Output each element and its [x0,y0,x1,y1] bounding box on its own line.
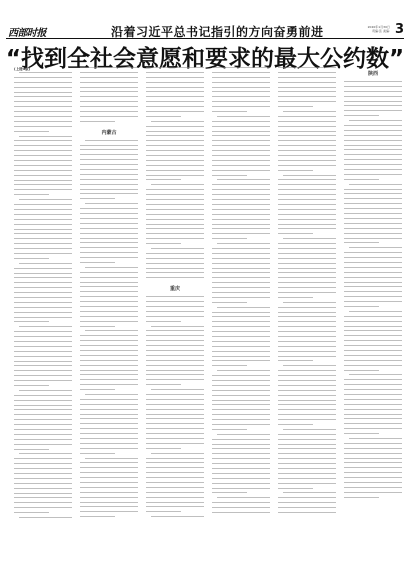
text-line [278,395,336,396]
column-3: 重庆 [146,67,204,537]
text-line [349,120,402,121]
text-line [212,409,270,410]
text-line [278,356,336,357]
text-line [344,409,402,410]
page-number: 3 [395,22,404,37]
text-line [344,428,402,429]
text-line [146,433,204,434]
text-line [278,478,336,479]
text-line [344,218,402,219]
text-line [278,228,336,229]
text-line [217,497,270,498]
text-line [283,302,336,303]
text-line [80,96,138,97]
text-line [80,159,138,160]
text-line [212,106,270,107]
text-line [85,267,138,268]
text-line [14,405,72,406]
text-line [349,374,402,375]
text-line [146,482,204,483]
text-line [14,488,72,489]
text-line [14,282,72,283]
text-line [146,179,181,180]
text-line [14,87,72,88]
text-line [344,379,402,380]
region-subhead: 重庆 [146,282,204,296]
text-line [14,424,72,425]
text-line [80,121,115,122]
text-line [212,126,270,127]
text-line [80,111,138,112]
text-line [344,164,402,165]
text-line [278,404,336,405]
text-line [344,340,402,341]
text-line [80,502,138,503]
text-line [146,101,204,102]
text-line [278,96,336,97]
dateline-editors: 责编:张 美编: [350,29,390,33]
text-line [283,238,336,239]
text-line [212,419,270,420]
text-line [212,385,270,386]
text-line [212,131,270,132]
text-line [14,126,72,127]
text-line [283,429,336,430]
text-line [14,375,72,376]
text-line [14,268,72,269]
text-line [80,511,138,512]
text-line [278,91,336,92]
text-line [344,350,402,351]
text-line [278,243,336,244]
text-line [278,512,336,513]
text-line [278,385,336,386]
text-line [146,135,204,136]
text-line [344,330,402,331]
text-line [146,91,204,92]
text-line [212,277,270,278]
text-line [14,116,72,117]
text-line [344,462,402,463]
text-line [146,428,204,429]
text-line [80,321,138,322]
text-line [212,395,270,396]
text-line [344,130,402,131]
text-line [212,478,270,479]
text-line [212,145,270,146]
text-line [278,448,336,449]
text-line [344,316,402,317]
text-line [14,336,72,337]
text-line [14,287,72,288]
text-line [19,453,72,454]
text-line [146,126,204,127]
text-line [19,326,72,327]
text-line [212,228,270,229]
text-line [146,258,204,259]
text-line [212,360,270,361]
text-line [14,229,72,230]
text-line [278,194,336,195]
text-line [80,365,138,366]
text-line [344,203,402,204]
text-line [344,198,402,199]
text-line [283,492,336,493]
text-line [278,209,336,210]
text-line [14,463,72,464]
text-line [278,263,336,264]
text-line [212,439,270,440]
text-line [146,409,204,410]
text-line [278,439,336,440]
text-line [19,199,72,200]
text-line [212,444,270,445]
text-line [212,346,270,347]
text-line [212,272,270,273]
text-line [212,341,270,342]
text-line [212,150,270,151]
column-5 [278,67,336,537]
text-line [278,268,336,269]
text-line [344,472,402,473]
text-line [146,96,204,97]
text-line [344,335,402,336]
dateline: 2020年1月30日 责编:张 美编: [350,25,390,33]
text-line [14,317,72,318]
text-line [278,199,336,200]
text-line [14,204,72,205]
text-line [278,380,336,381]
text-line [14,131,49,132]
text-line [146,209,204,210]
text-line [217,116,270,117]
text-line [80,218,138,219]
text-line [80,438,138,439]
text-line [80,72,138,73]
text-line [278,312,336,313]
text-line [344,174,402,175]
text-line [80,384,138,385]
text-line [14,434,72,435]
text-line [212,111,247,112]
text-line [212,390,270,391]
text-line [146,175,204,176]
text-line [344,154,402,155]
text-line [278,277,336,278]
text-line [14,473,72,474]
text-line [212,224,270,225]
text-line [278,414,336,415]
text-line [344,135,402,136]
text-line [278,463,336,464]
text-line [146,72,204,73]
text-line [344,399,402,400]
text-line [80,198,115,199]
text-line [344,453,402,454]
text-line [278,131,336,132]
text-line [212,448,270,449]
text-line [212,160,270,161]
text-line [212,312,270,313]
text-line [14,214,72,215]
text-line [14,258,49,259]
text-line [278,331,336,332]
text-line [80,399,138,400]
text-line [146,87,204,88]
text-line [212,101,270,102]
text-line [212,155,270,156]
text-line [80,409,138,410]
text-line [14,341,72,342]
text-line [344,433,379,434]
text-line [14,248,72,249]
text-line [14,224,72,225]
text-line [85,140,138,141]
text-line [80,335,138,336]
text-line [80,360,138,361]
text-line [344,418,402,419]
text-line [344,384,402,385]
text-line [146,238,204,239]
text-line [278,272,336,273]
text-line [344,105,402,106]
text-line [146,467,204,468]
text-line [217,179,270,180]
text-line [146,150,204,151]
text-line [80,272,138,273]
text-line [151,453,204,454]
text-line [80,379,138,380]
text-line [278,458,336,459]
text-line [344,286,402,287]
text-line [14,419,72,420]
text-line [344,238,402,239]
text-line [14,370,72,371]
text-line [278,214,336,215]
text-line [14,512,49,513]
text-line [344,414,402,415]
text-line [344,179,379,180]
text-line [80,145,138,146]
text-line [80,82,138,83]
text-line [278,189,336,190]
text-line [344,125,402,126]
text-line [146,502,204,503]
text-line [278,287,336,288]
text-line [80,487,138,488]
text-line [344,492,402,493]
text-line [278,219,336,220]
text-line [212,282,270,283]
text-line [212,135,270,136]
text-line [212,87,270,88]
text-line [14,238,72,239]
text-line [14,302,72,303]
text-line [14,365,72,366]
text-line [344,169,402,170]
column-1: (上接4版) [14,67,72,537]
text-line [146,277,204,278]
text-line [278,497,336,498]
text-line [146,140,204,141]
text-line [344,86,402,87]
text-line [80,184,138,185]
text-line [278,507,336,508]
text-line [344,282,402,283]
text-line [278,370,336,371]
text-line [278,424,313,425]
text-line [212,121,270,122]
text-line [146,268,204,269]
text-line [80,418,138,419]
text-line [80,164,138,165]
text-line [344,389,402,390]
text-line [146,330,204,331]
text-line [212,297,270,298]
text-line [212,204,270,205]
text-line [14,429,72,430]
column-2: 内蒙古 [80,67,138,537]
text-line [349,438,402,439]
text-line [344,301,402,302]
text-line [278,224,336,225]
text-line [146,350,204,351]
text-line [80,374,138,375]
text-line [14,361,72,362]
text-line [278,502,336,503]
text-line [14,121,72,122]
text-line [14,483,72,484]
text-line [146,345,204,346]
text-line [344,291,402,292]
text-line [146,233,204,234]
text-line [19,72,72,73]
text-line [278,468,336,469]
text-line [278,488,313,489]
text-line [146,111,204,112]
text-line [80,355,138,356]
text-line [278,170,313,171]
text-line [146,384,181,385]
column-6: 陕西 [344,67,402,537]
text-line [14,140,72,141]
text-line [146,462,204,463]
text-line [146,165,204,166]
text-line [344,365,402,366]
text-line [349,311,402,312]
text-line [212,199,270,200]
text-line [146,77,204,78]
text-line [14,184,72,185]
text-line [217,434,270,435]
column-4 [212,67,270,537]
text-line [80,174,138,175]
text-line [80,311,138,312]
text-line [14,356,72,357]
text-line [146,487,204,488]
text-line [14,395,72,396]
text-line [14,439,72,440]
text-line [212,424,270,425]
text-line [278,67,336,68]
text-line [80,326,115,327]
text-line [344,482,402,483]
text-line [14,380,72,381]
text-line [146,365,204,366]
text-line [146,472,204,473]
text-line [146,228,204,229]
text-line [278,155,336,156]
text-line [14,307,72,308]
text-line [344,360,402,361]
text-line [14,478,72,479]
text-line [80,223,138,224]
text-line [80,492,138,493]
text-line [278,341,336,342]
text-line [85,458,138,459]
text-line [80,423,138,424]
text-line [146,379,204,380]
text-line [14,497,72,498]
text-line [14,106,72,107]
text-line [80,252,138,253]
text-line [146,243,181,244]
text-line [344,242,379,243]
text-line [278,77,336,78]
text-line [212,72,270,73]
text-line [80,472,138,473]
text-line [212,219,270,220]
text-line [14,507,72,508]
section-title: 沿着习近平总书记指引的方向奋勇前进 [111,23,324,40]
text-line [278,82,336,83]
text-line [146,399,204,400]
text-line [146,492,204,493]
text-line [278,165,336,166]
text-line [14,77,72,78]
text-line [344,277,402,278]
text-line [212,483,270,484]
text-line [278,444,336,445]
text-line [278,248,336,249]
text-line [212,488,270,489]
text-line [212,189,270,190]
text-line [151,248,204,249]
text-line [278,409,336,410]
text-line [146,443,204,444]
text-line [14,351,72,352]
text-line [151,184,204,185]
text-line [146,214,204,215]
text-line [278,434,336,435]
text-line [344,213,402,214]
text-line [212,253,270,254]
text-line [344,394,402,395]
text-line [146,497,204,498]
text-line [146,170,204,171]
text-line [80,448,138,449]
text-line [344,252,402,253]
text-line [14,493,72,494]
text-line [151,326,204,327]
text-line [80,228,138,229]
text-line [146,194,204,195]
text-line [80,169,138,170]
text-line [212,165,270,166]
text-line [146,189,204,190]
text-line [146,355,204,356]
text-line [80,277,138,278]
